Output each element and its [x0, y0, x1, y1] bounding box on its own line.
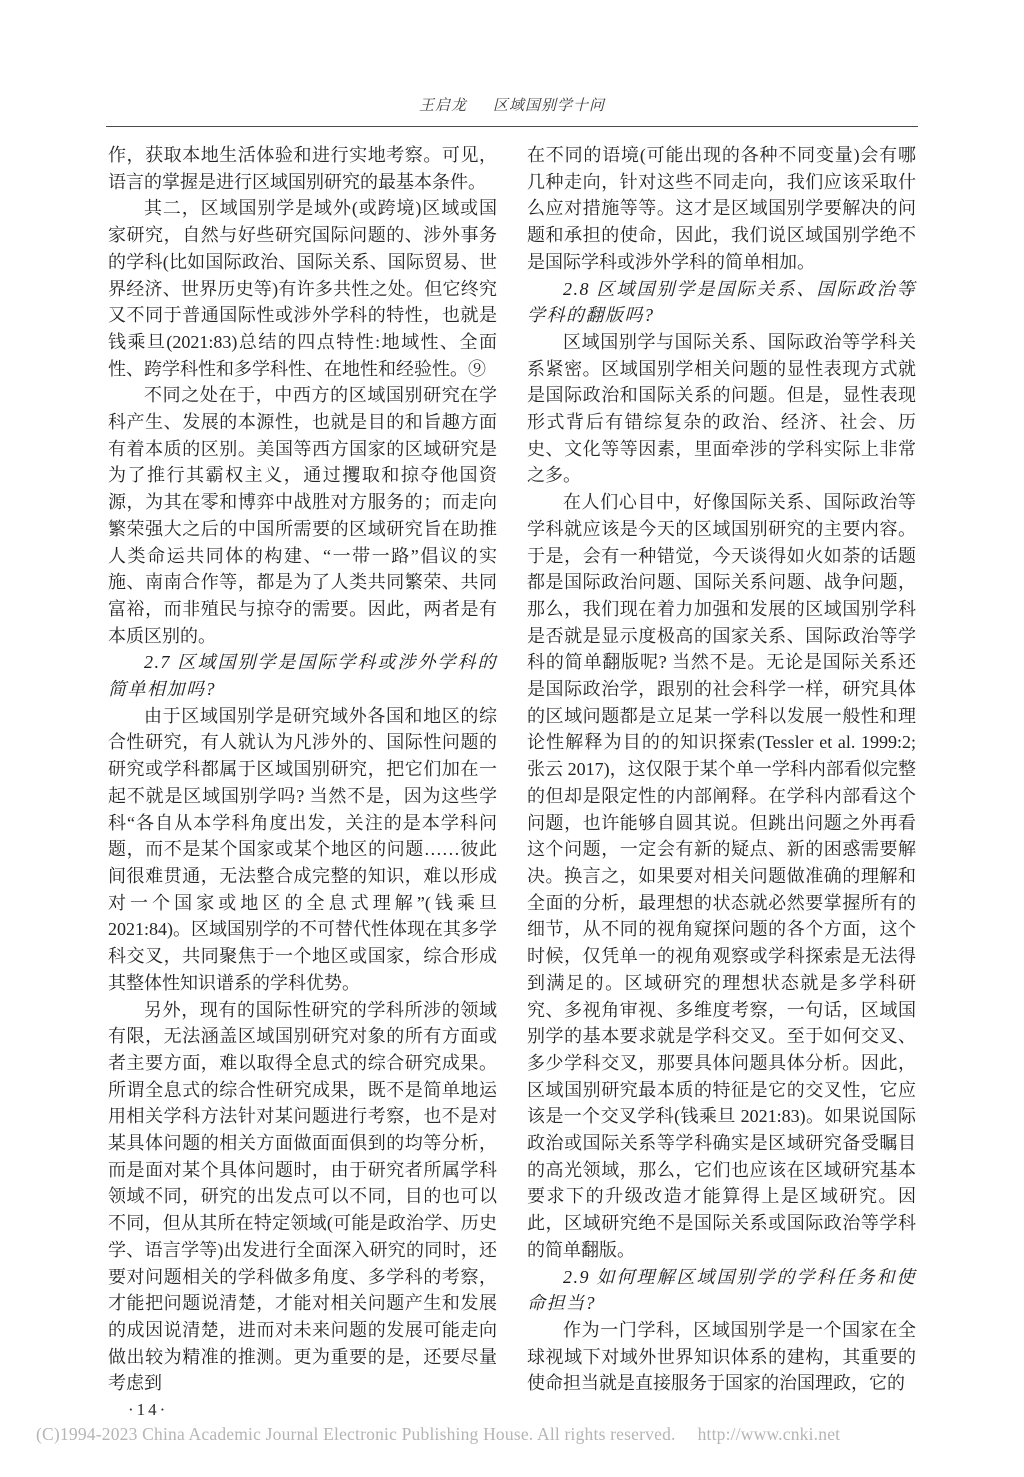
paragraph: 作，获取本地生活体验和进行实地考察。可见，语言的掌握是进行区域国别研究的最基本条…: [108, 142, 497, 195]
paragraph: 区域国别学与国际关系、国际政治等学科关系紧密。区域国别学相关问题的显性表现方式就…: [527, 329, 916, 489]
paragraph: 由于区域国别学是研究域外各国和地区的综合性研究，有人就认为凡涉外的、国际性问题的…: [108, 703, 497, 997]
running-header-title: 区域国别学十问: [493, 98, 605, 114]
paragraph: 在不同的语境(可能出现的各种不同变量)会有哪几种走向，针对这些不同走向，我们应该…: [527, 142, 916, 276]
paragraph: 其二，区域国别学是域外(或跨境)区域或国家研究，自然与好些研究国际问题的、涉外事…: [108, 195, 497, 382]
paragraph: 另外，现有的国际性研究的学科所涉的领域有限，无法涵盖区域国别研究对象的所有方面或…: [108, 997, 497, 1398]
page-number: ·14·: [108, 1397, 497, 1424]
running-header: 王启龙区域国别学十问: [108, 94, 916, 115]
left-column: 作，获取本地生活体验和进行实地考察。可见，语言的掌握是进行区域国别研究的最基本条…: [108, 142, 497, 1424]
copyright-footer: (C)1994-2023 China Academic Journal Elec…: [36, 1424, 996, 1445]
copyright-text: (C)1994-2023 China Academic Journal Elec…: [36, 1424, 676, 1444]
section-heading: 2.7 区域国别学是国际学科或涉外学科的简单相加吗?: [108, 649, 497, 702]
right-column: 在不同的语境(可能出现的各种不同变量)会有哪几种走向，针对这些不同走向，我们应该…: [527, 142, 916, 1424]
paragraph: 在人们心目中，好像国际关系、国际政治等学科就应该是今天的区域国别研究的主要内容。…: [527, 489, 916, 1263]
page-body: 作，获取本地生活体验和进行实地考察。可见，语言的掌握是进行区域国别研究的最基本条…: [108, 142, 916, 1424]
paragraph: 作为一门学科，区域国别学是一个国家在全球视域下对域外世界知识体系的建构，其重要的…: [527, 1317, 916, 1397]
journal-page: { "header": { "author": "王启龙", "title": …: [0, 0, 1024, 1477]
section-heading: 2.8 区域国别学是国际关系、国际政治等学科的翻版吗?: [527, 276, 916, 329]
paragraph: 不同之处在于，中西方的区域国别研究在学科产生、发展的本源性，也就是目的和旨趣方面…: [108, 382, 497, 649]
header-rule: [106, 126, 918, 127]
cnki-url: http://www.cnki.net: [698, 1424, 841, 1444]
section-heading: 2.9 如何理解区域国别学的学科任务和使命担当?: [527, 1264, 916, 1317]
running-header-author: 王启龙: [419, 98, 467, 114]
